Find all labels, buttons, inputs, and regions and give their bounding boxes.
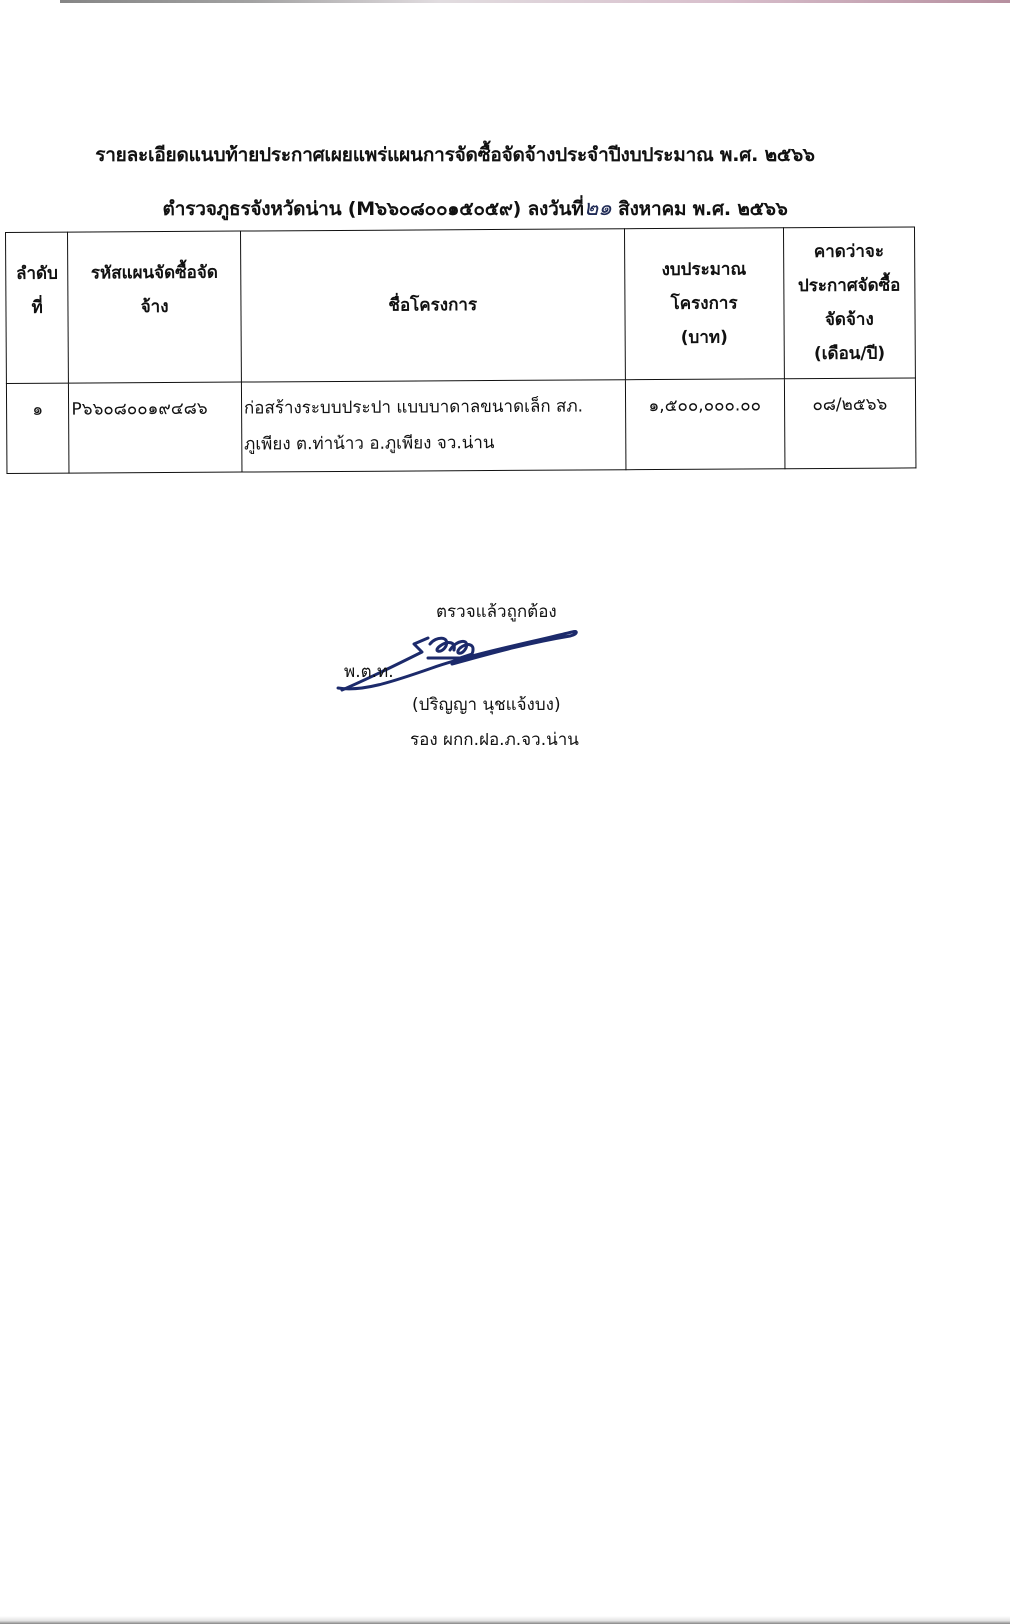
cell-project-name: ก่อสร้างระบบประปา แบบบาดาลขนาดเล็ก สภ. ภ… [241,380,625,472]
header-no-line: ลำดับ [10,257,64,291]
document-subtitle: ตำรวจภูธรจังหวัดน่าน (M๖๖๐๘๐๐๑๕๐๕๙) ลงวั… [30,190,920,225]
header-no-line: ที่ [10,291,64,325]
signer-position: รอง ผกก.ฝอ.ภ.จว.น่าน [410,726,579,753]
signer-rank: พ.ต.ท. [344,658,394,685]
header-code-line: รหัสแผนจัดซื้อจัด [73,256,237,291]
handwritten-day: ๒๑ [584,196,612,221]
header-month-line: (เดือน/ปี) [788,336,911,371]
table-row: ๑ P๖๖๐๘๐๐๑๙๔๘๖ ก่อสร้างระบบประปา แบบบาดา… [6,378,916,474]
cell-budget: ๑,๕๐๐,๐๐๐.๐๐ [625,379,784,470]
header-budget-line: งบประมาณ [629,252,779,287]
scan-bottom-edge [0,1616,1010,1624]
header-budget: งบประมาณ โครงการ (บาท) [624,228,784,380]
project-name-line2: ภูเพียง ต.ท่าน้าว อ.ภูเพียง จว.น่าน [244,424,624,462]
procurement-plan-table: ลำดับ ที่ รหัสแผนจัดซื้อจัด จ้าง ชื่อโคร… [5,226,916,474]
subtitle-prefix: ตำรวจภูธรจังหวัดน่าน (M๖๖๐๘๐๐๑๕๐๕๙) ลงวั… [162,198,583,220]
project-name-line1: ก่อสร้างระบบประปา แบบบาดาลขนาดเล็ก สภ. [244,388,624,426]
header-month-line: คาดว่าจะ [788,234,911,269]
cell-plan-code: P๖๖๐๘๐๐๑๙๔๘๖ [69,382,242,473]
header-plan-code: รหัสแผนจัดซื้อจัด จ้าง [68,231,241,383]
header-name-line: ชื่อโครงการ [245,287,620,323]
scan-top-edge [60,0,1010,3]
header-no: ลำดับ ที่ [6,232,69,383]
header-month-line: ประกาศจัดซื้อ [788,268,911,303]
cell-month-year: ๐๘/๒๕๖๖ [784,378,916,469]
subtitle-suffix: สิงหาคม พ.ศ. ๒๕๖๖ [612,198,788,220]
header-expected-month: คาดว่าจะ ประกาศจัดซื้อ จัดจ้าง (เดือน/ปี… [783,227,915,379]
header-budget-line: โครงการ [629,286,779,321]
document-title: รายละเอียดแนบท้ายประกาศเผยแพร่แผนการจัดซ… [10,140,900,170]
cell-no: ๑ [6,383,69,473]
header-project-name: ชื่อโครงการ [240,229,625,382]
header-budget-line: (บาท) [629,320,779,355]
verified-text: ตรวจแล้วถูกต้อง [436,598,557,625]
header-code-line: จ้าง [73,290,237,325]
signer-name: (ปริญญา นุชแจ้งบง) [412,691,561,718]
header-month-line: จัดจ้าง [788,302,911,337]
table-header-row: ลำดับ ที่ รหัสแผนจัดซื้อจัด จ้าง ชื่อโคร… [6,227,916,384]
